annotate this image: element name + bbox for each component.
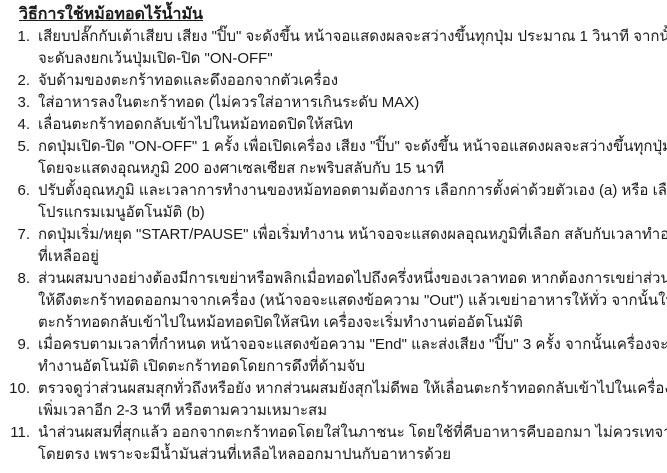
instruction-list: 1.เสียบปลั๊กกับเต้าเสียบ เสียง "ปิ๊บ" จะ… (0, 26, 667, 466)
item-number: 5. (0, 136, 30, 158)
item-text-line: โดยตรง เพราะจะมีน้ำมันส่วนที่เหลือไหลออก… (38, 444, 667, 466)
instruction-item: 9.เมื่อครบตามเวลาที่กำหนด หน้าจอจะแสดงข้… (0, 334, 667, 378)
item-text: จับด้ามของตะกร้าทอดและดึงออกจากตัวเครื่อ… (30, 70, 667, 92)
item-text-line: กดปุ่มเปิด-ปิด "ON-OFF" 1 ครั้ง เพื่อเปิ… (38, 136, 667, 158)
item-text: ปรับตั้งอุณหภูมิ และเวลาการทำงานของหม้อท… (30, 180, 667, 224)
item-text: ส่วนผสมบางอย่างต้องมีการเขย่าหรือพลิกเมื… (30, 268, 667, 334)
item-text: เลื่อนตะกร้าทอดกลับเข้าไปในหม้อทอดปิดให้… (30, 114, 667, 136)
item-text-line: เสียบปลั๊กกับเต้าเสียบ เสียง "ปิ๊บ" จะดั… (38, 26, 667, 48)
instruction-item: 1.เสียบปลั๊กกับเต้าเสียบ เสียง "ปิ๊บ" จะ… (0, 26, 667, 70)
item-number: 6. (0, 180, 30, 202)
item-text: เสียบปลั๊กกับเต้าเสียบ เสียง "ปิ๊บ" จะดั… (30, 26, 667, 70)
item-text: ใส่อาหารลงในตะกร้าทอด (ไม่ควรใส่อาหารเกิ… (30, 92, 667, 114)
instruction-item: 2.จับด้ามของตะกร้าทอดและดึงออกจากตัวเครื… (0, 70, 667, 92)
item-text-line: ตะกร้าทอดกลับเข้าไปในหม้อทอดปิดให้สนิท เ… (38, 312, 667, 334)
instruction-item: 8.ส่วนผสมบางอย่างต้องมีการเขย่าหรือพลิกเ… (0, 268, 667, 334)
item-text-line: เลื่อนตะกร้าทอดกลับเข้าไปในหม้อทอดปิดให้… (38, 114, 667, 136)
item-text-line: ส่วนผสมบางอย่างต้องมีการเขย่าหรือพลิกเมื… (38, 268, 667, 290)
item-text-line: นำส่วนผสมที่สุกแล้ว ออกจากตะกร้าทอดโดยใส… (38, 422, 667, 444)
item-text-line: โดยจะแสดงอุณหภูมิ 200 องศาเซลเซียส กะพริ… (38, 158, 667, 180)
item-number: 1. (0, 26, 30, 48)
instruction-item: 11.นำส่วนผสมที่สุกแล้ว ออกจากตะกร้าทอดโด… (0, 422, 667, 466)
item-text-line: ใส่อาหารลงในตะกร้าทอด (ไม่ควรใส่อาหารเกิ… (38, 92, 667, 114)
item-text: นำส่วนผสมที่สุกแล้ว ออกจากตะกร้าทอดโดยใส… (30, 422, 667, 466)
item-number: 2. (0, 70, 30, 92)
instruction-item: 6.ปรับตั้งอุณหภูมิ และเวลาการทำงานของหม้… (0, 180, 667, 224)
instruction-item: 10.ตรวจดูว่าส่วนผสมสุกทั่วถึงหรือยัง หาก… (0, 378, 667, 422)
item-text-line: ให้ดึงตะกร้าทอดออกมาจากเครื่อง (หน้าจอจะ… (38, 290, 667, 312)
item-text-line: ที่เหลืออยู่ (38, 246, 667, 268)
document-page: วิธีการใช้หม้อทอดไร้น้ำมัน 1.เสียบปลั๊กก… (0, 0, 667, 466)
instruction-item: 4.เลื่อนตะกร้าทอดกลับเข้าไปในหม้อทอดปิดใ… (0, 114, 667, 136)
item-number: 7. (0, 224, 30, 246)
item-text-line: กดปุ่มเริ่ม/หยุด "START/PAUSE" เพื่อเริ่… (38, 224, 667, 246)
item-number: 3. (0, 92, 30, 114)
item-number: 11. (0, 422, 30, 444)
item-text-line: โปรแกรมเมนูอัตโนมัติ (b) (38, 202, 667, 224)
item-text-line: ทำงานอัตโนมัติ เปิดตะกร้าทอดโดยการดึงที่… (38, 356, 667, 378)
item-text-line: จับด้ามของตะกร้าทอดและดึงออกจากตัวเครื่อ… (38, 70, 667, 92)
item-number: 10. (0, 378, 30, 400)
item-text-line: เพิ่มเวลาอีก 2-3 นาที หรือตามความเหมาะสม (38, 400, 667, 422)
item-number: 9. (0, 334, 30, 356)
item-number: 4. (0, 114, 30, 136)
item-text-line: ปรับตั้งอุณหภูมิ และเวลาการทำงานของหม้อท… (38, 180, 667, 202)
item-text-line: ตรวจดูว่าส่วนผสมสุกทั่วถึงหรือยัง หากส่ว… (38, 378, 667, 400)
item-text: เมื่อครบตามเวลาที่กำหนด หน้าจอจะแสดงข้อค… (30, 334, 667, 378)
instruction-item: 3.ใส่อาหารลงในตะกร้าทอด (ไม่ควรใส่อาหารเ… (0, 92, 667, 114)
item-text: ตรวจดูว่าส่วนผสมสุกทั่วถึงหรือยัง หากส่ว… (30, 378, 667, 422)
item-text: กดปุ่มเปิด-ปิด "ON-OFF" 1 ครั้ง เพื่อเปิ… (30, 136, 667, 180)
item-text: กดปุ่มเริ่ม/หยุด "START/PAUSE" เพื่อเริ่… (30, 224, 667, 268)
item-number: 8. (0, 268, 30, 290)
page-title: วิธีการใช้หม้อทอดไร้น้ำมัน (19, 3, 667, 26)
item-text-line: จะดับลงยกเว้นปุ่มเปิด-ปิด "ON-OFF" (38, 48, 667, 70)
instruction-item: 7.กดปุ่มเริ่ม/หยุด "START/PAUSE" เพื่อเร… (0, 224, 667, 268)
instruction-item: 5.กดปุ่มเปิด-ปิด "ON-OFF" 1 ครั้ง เพื่อเ… (0, 136, 667, 180)
item-text-line: เมื่อครบตามเวลาที่กำหนด หน้าจอจะแสดงข้อค… (38, 334, 667, 356)
